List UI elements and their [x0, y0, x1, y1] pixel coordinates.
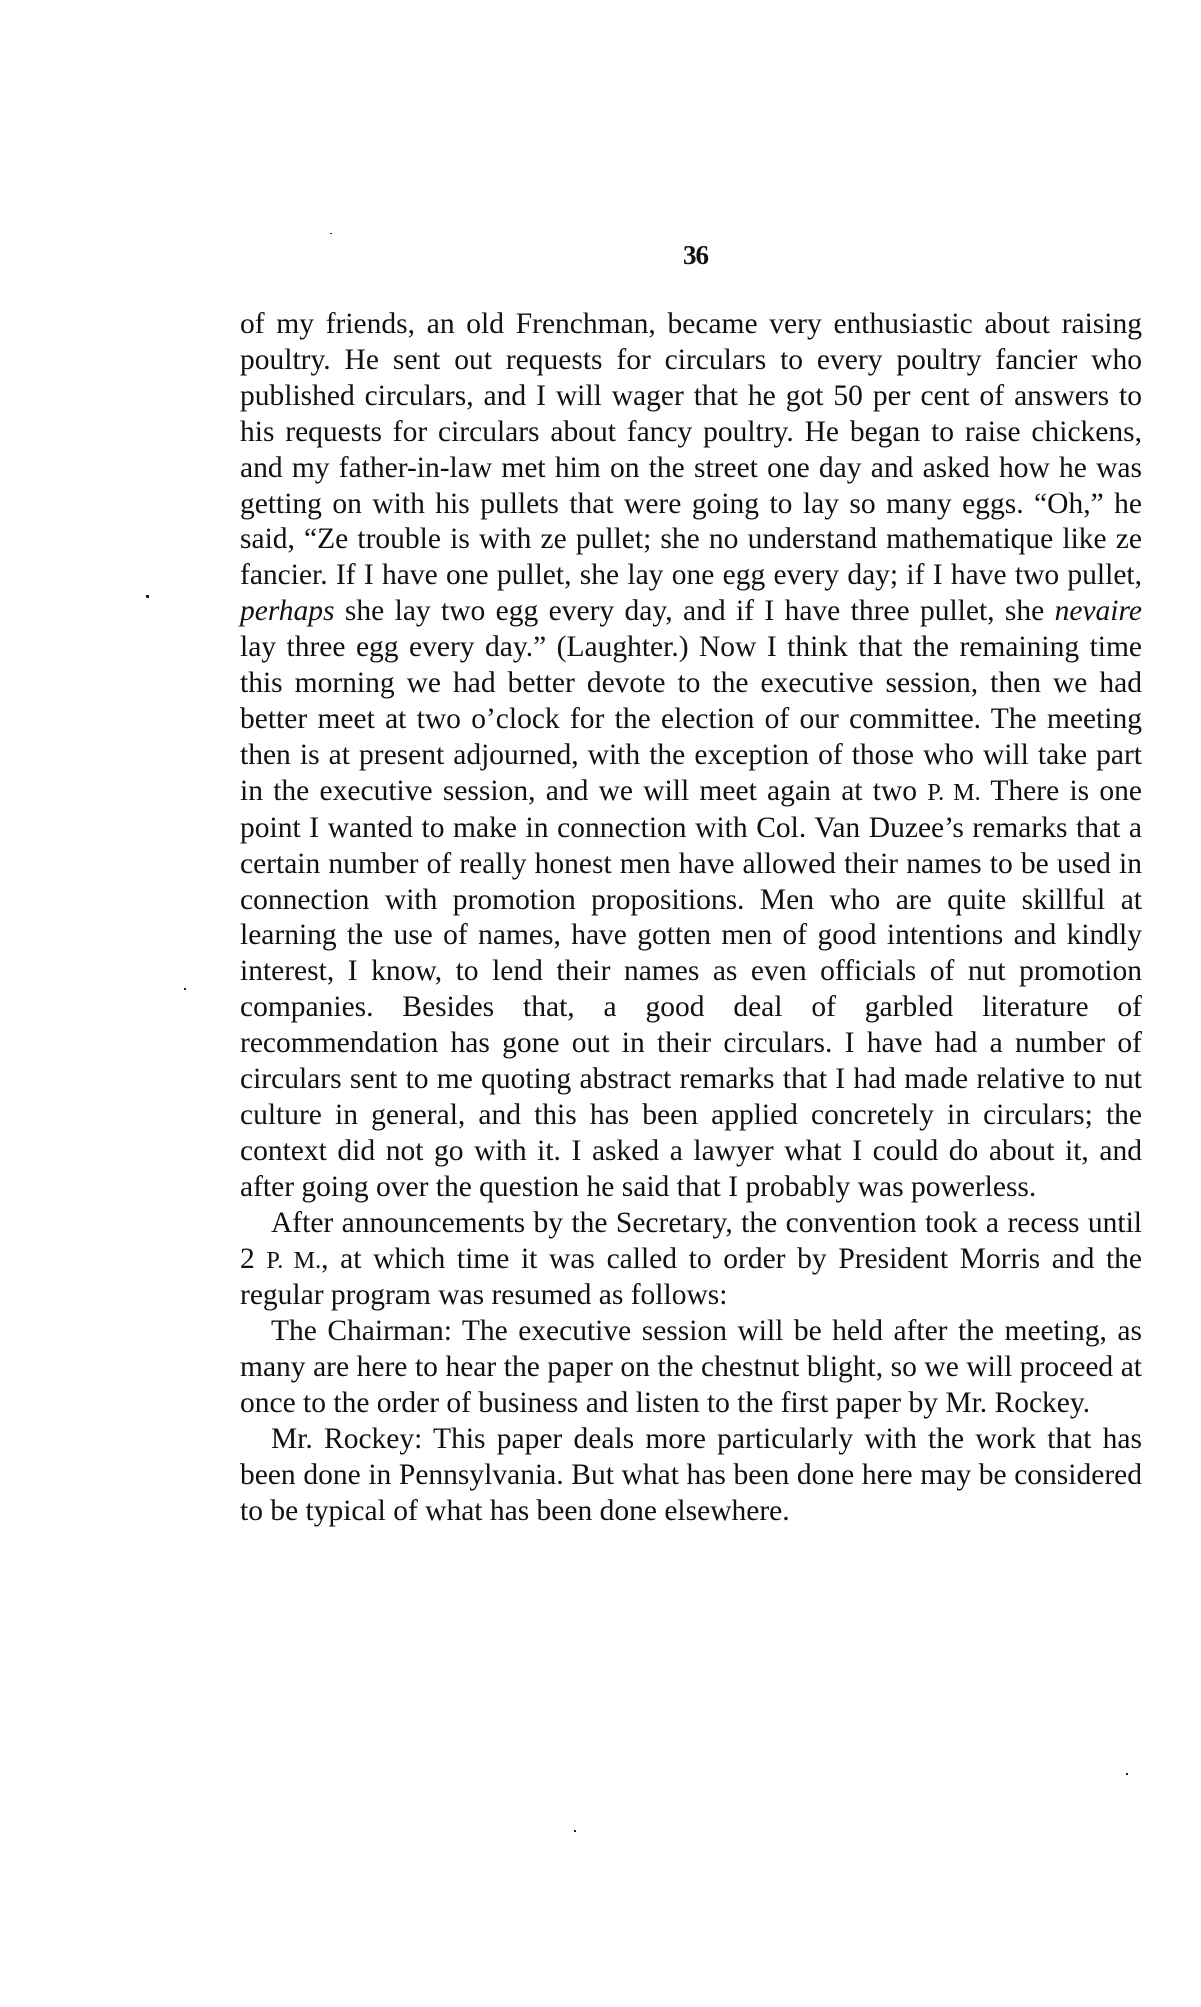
text-run: There is one point I wanted to make in c… — [240, 775, 1142, 1203]
text-run: , at which time it was called to order b… — [240, 1243, 1142, 1312]
paragraph-3: The Chairman: The executive session will… — [240, 1314, 1142, 1422]
italic-word-nevaire: nevaire — [1055, 595, 1142, 627]
paragraph-4: Mr. Rockey: This paper deals more partic… — [240, 1422, 1142, 1530]
scan-speck — [184, 988, 186, 990]
scan-speck — [146, 595, 149, 598]
text-run: of my friends, an old Frenchman, became … — [240, 308, 1142, 591]
text-run: Mr. Rockey: This paper deals more partic… — [240, 1423, 1142, 1527]
scan-speck — [574, 1830, 576, 1832]
body-text: of my friends, an old Frenchman, became … — [240, 307, 1142, 1530]
scan-speck — [330, 233, 332, 234]
paragraph-1: of my friends, an old Frenchman, became … — [240, 307, 1142, 1206]
text-run: she lay two egg every day, and if I have… — [335, 595, 1055, 627]
page-number: 36 — [0, 240, 1201, 270]
small-caps-pm: P. M. — [927, 779, 980, 806]
italic-word-perhaps: perhaps — [240, 595, 335, 627]
paragraph-2: After announcements by the Secretary, th… — [240, 1206, 1142, 1315]
small-caps-pm: P. M. — [266, 1247, 321, 1274]
text-run: The Chairman: The executive session will… — [240, 1315, 1142, 1419]
scan-speck — [1126, 1773, 1128, 1775]
